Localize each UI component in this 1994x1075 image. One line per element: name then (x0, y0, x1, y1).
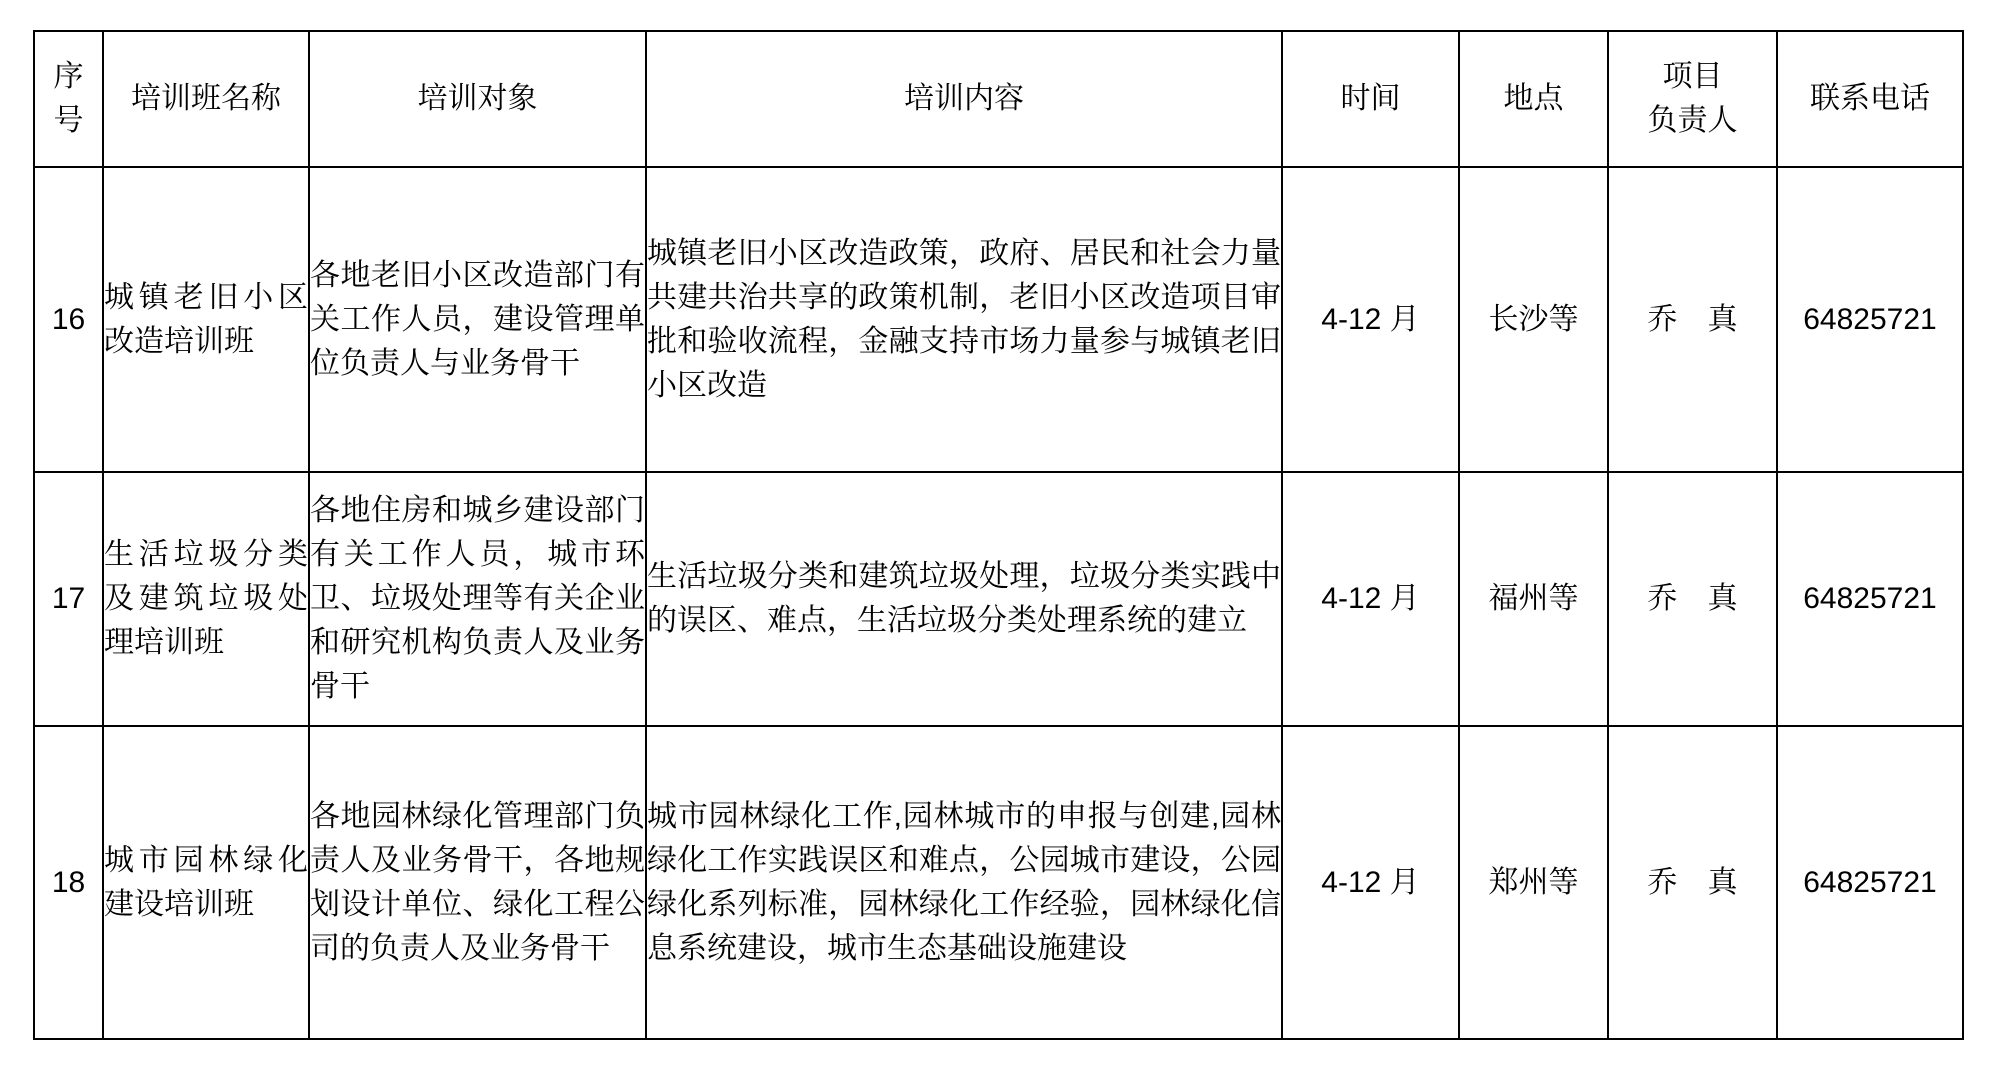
header-col-class-name: 培训班名称 (103, 31, 309, 167)
cell-audience: 各地住房和城乡建设部门有关工作人员，城市环卫、垃圾处理等有关企业和研究机构负责人… (309, 472, 646, 726)
cell-location: 福州等 (1459, 472, 1608, 726)
cell-name: 生活垃圾分类及建筑垃圾处理培训班 (103, 472, 309, 726)
cell-phone: 64825721 (1777, 472, 1963, 726)
document-page: 序 号 培训班名称 培训对象 培训内容 时间 地点 项目 负责人 联系电话 16… (0, 0, 1994, 1075)
cell-time: 4-12 月 (1282, 167, 1459, 472)
cell-audience: 各地老旧小区改造部门有关工作人员，建设管理单位负责人与业务骨干 (309, 167, 646, 472)
cell-phone: 64825721 (1777, 726, 1963, 1039)
header-col-manager: 项目 负责人 (1608, 31, 1777, 167)
header-col-location: 地点 (1459, 31, 1608, 167)
cell-phone: 64825721 (1777, 167, 1963, 472)
cell-serial: 17 (34, 472, 103, 726)
table-header-row: 序 号 培训班名称 培训对象 培训内容 时间 地点 项目 负责人 联系电话 (34, 31, 1963, 167)
cell-name: 城市园林绿化建设培训班 (103, 726, 309, 1039)
cell-content: 生活垃圾分类和建筑垃圾处理，垃圾分类实践中的误区、难点，生活垃圾分类处理系统的建… (646, 472, 1282, 726)
cell-location: 郑州等 (1459, 726, 1608, 1039)
training-schedule-table: 序 号 培训班名称 培训对象 培训内容 时间 地点 项目 负责人 联系电话 16… (33, 30, 1964, 1040)
table-row: 16 城镇老旧小区改造培训班 各地老旧小区改造部门有关工作人员，建设管理单位负责… (34, 167, 1963, 472)
cell-serial: 18 (34, 726, 103, 1039)
cell-audience: 各地园林绿化管理部门负责人及业务骨干，各地规划设计单位、绿化工程公司的负责人及业… (309, 726, 646, 1039)
header-col-serial: 序 号 (34, 31, 103, 167)
header-col-time: 时间 (1282, 31, 1459, 167)
cell-content: 城镇老旧小区改造政策，政府、居民和社会力量共建共治共享的政策机制，老旧小区改造项… (646, 167, 1282, 472)
cell-time: 4-12 月 (1282, 726, 1459, 1039)
cell-location: 长沙等 (1459, 167, 1608, 472)
cell-name: 城镇老旧小区改造培训班 (103, 167, 309, 472)
table-row: 17 生活垃圾分类及建筑垃圾处理培训班 各地住房和城乡建设部门有关工作人员，城市… (34, 472, 1963, 726)
cell-manager: 乔 真 (1608, 472, 1777, 726)
cell-time: 4-12 月 (1282, 472, 1459, 726)
cell-content: 城市园林绿化工作,园林城市的申报与创建,园林绿化工作实践误区和难点，公园城市建设… (646, 726, 1282, 1039)
header-col-phone: 联系电话 (1777, 31, 1963, 167)
header-col-audience: 培训对象 (309, 31, 646, 167)
header-col-content: 培训内容 (646, 31, 1282, 167)
cell-serial: 16 (34, 167, 103, 472)
cell-manager: 乔 真 (1608, 726, 1777, 1039)
table-row: 18 城市园林绿化建设培训班 各地园林绿化管理部门负责人及业务骨干，各地规划设计… (34, 726, 1963, 1039)
cell-manager: 乔 真 (1608, 167, 1777, 472)
